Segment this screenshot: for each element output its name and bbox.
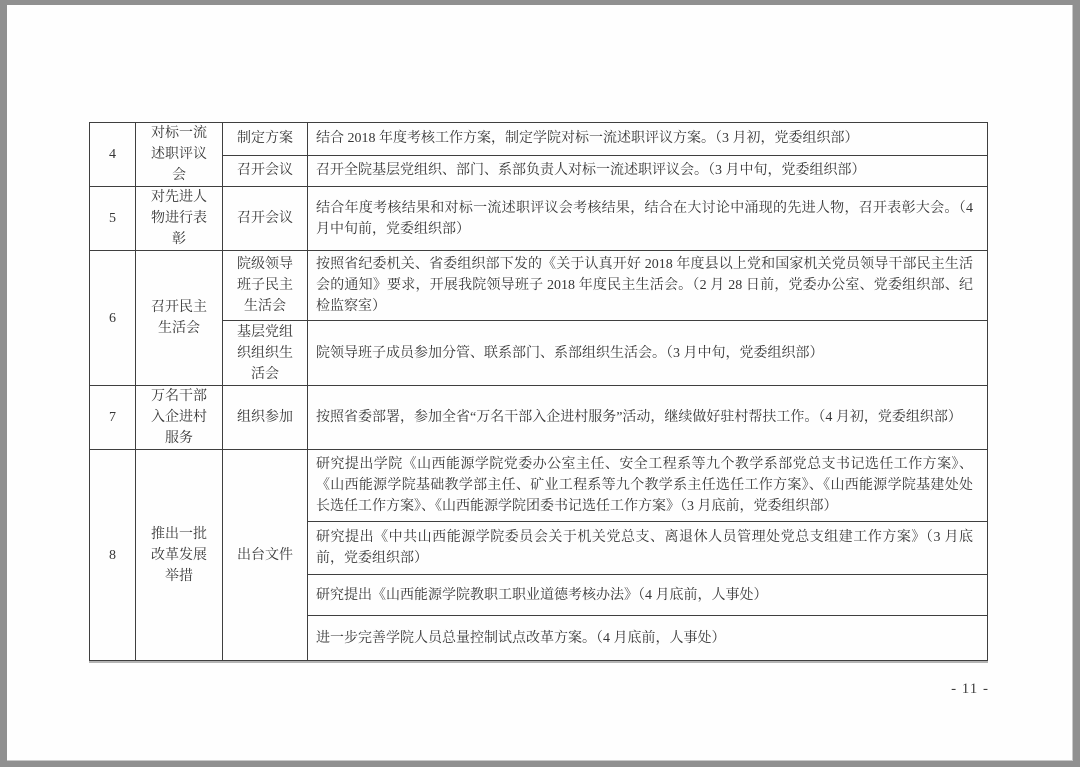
row-number-cell: 5	[90, 187, 136, 251]
row-number-cell: 6	[90, 251, 136, 386]
table-row: 召开会议 召开全院基层党组织、部门、系部负责人对标一流述职评议会。（3 月中旬，…	[90, 155, 988, 186]
table-row: 8 推出一批改革发展举措 出台文件 研究提出学院《山西能源学院党委办公室主任、安…	[90, 450, 988, 522]
content-cell: 结合年度考核结果和对标一流述职评议会考核结果，结合在大讨论中涌现的先进人物，召开…	[308, 187, 988, 251]
table-row: 7 万名干部入企进村服务 组织参加 按照省委部署，参加全省“万名干部入企进村服务…	[90, 386, 988, 450]
table-row: 基层党组织组织生活会 院领导班子成员参加分管、联系部门、系部组织生活会。（3 月…	[90, 321, 988, 386]
table-row: 5 对先进人物进行表彰 召开会议 结合年度考核结果和对标一流述职评议会考核结果，…	[90, 187, 988, 251]
project-cell: 对标一流述职评议会	[136, 123, 223, 187]
row-number-cell: 4	[90, 123, 136, 187]
project-cell: 对先进人物进行表彰	[136, 187, 223, 251]
row-number-cell: 7	[90, 386, 136, 450]
method-cell: 召开会议	[223, 187, 308, 251]
content-cell: 按照省委部署，参加全省“万名干部入企进村服务”活动，继续做好驻村帮扶工作。（4 …	[308, 386, 988, 450]
document-page: 4 对标一流述职评议会 制定方案 结合 2018 年度考核工作方案，制定学院对标…	[7, 5, 1073, 761]
page-frame: { "page": { "footer_page_number": "- 11 …	[0, 0, 1080, 767]
row-number-cell: 8	[90, 450, 136, 661]
content-cell: 按照省纪委机关、省委组织部下发的《关于认真开好 2018 年度县以上党和国家机关…	[308, 251, 988, 321]
method-cell: 组织参加	[223, 386, 308, 450]
project-cell: 召开民主生活会	[136, 251, 223, 386]
project-cell: 推出一批改革发展举措	[136, 450, 223, 661]
page-number: - 11 -	[951, 681, 989, 698]
content-cell: 研究提出《山西能源学院教职工职业道德考核办法》（4 月底前，人事处）	[308, 575, 988, 616]
method-cell: 召开会议	[223, 155, 308, 186]
project-cell: 万名干部入企进村服务	[136, 386, 223, 450]
content-cell: 研究提出学院《山西能源学院党委办公室主任、安全工程系等九个教学系部党总支书记选任…	[308, 450, 988, 522]
method-cell: 制定方案	[223, 123, 308, 156]
table-row: 4 对标一流述职评议会 制定方案 结合 2018 年度考核工作方案，制定学院对标…	[90, 123, 988, 156]
content-cell: 结合 2018 年度考核工作方案，制定学院对标一流述职评议方案。（3 月初，党委…	[308, 123, 988, 156]
table-row: 6 召开民主生活会 院级领导班子民主生活会 按照省纪委机关、省委组织部下发的《关…	[90, 251, 988, 321]
content-cell: 进一步完善学院人员总量控制试点改革方案。（4 月底前，人事处）	[308, 616, 988, 661]
content-cell: 研究提出《中共山西能源学院委员会关于机关党总支、离退休人员管理处党总支组建工作方…	[308, 522, 988, 575]
method-cell: 院级领导班子民主生活会	[223, 251, 308, 321]
method-cell: 基层党组织组织生活会	[223, 321, 308, 386]
content-cell: 院领导班子成员参加分管、联系部门、系部组织生活会。（3 月中旬，党委组织部）	[308, 321, 988, 386]
work-plan-table: 4 对标一流述职评议会 制定方案 结合 2018 年度考核工作方案，制定学院对标…	[89, 122, 988, 661]
method-cell: 出台文件	[223, 450, 308, 661]
content-cell: 召开全院基层党组织、部门、系部负责人对标一流述职评议会。（3 月中旬，党委组织部…	[308, 155, 988, 186]
